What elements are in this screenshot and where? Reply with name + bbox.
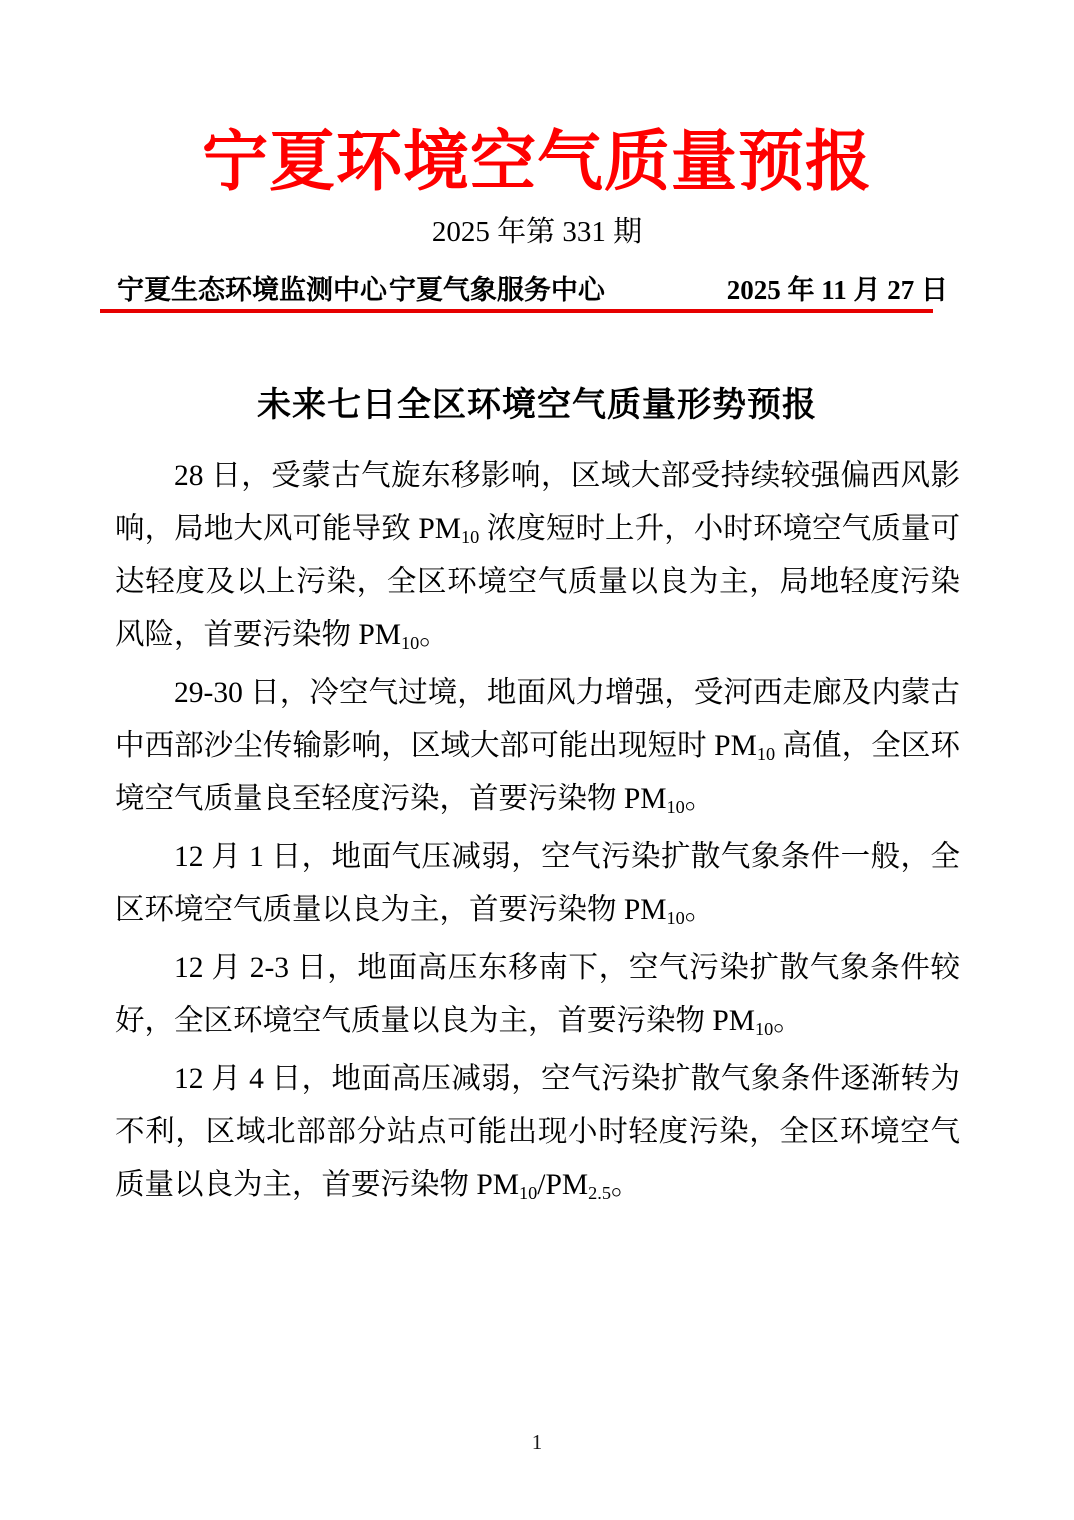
issue-date: 2025 年 11 月 27 日 <box>727 275 948 306</box>
section-heading: 未来七日全区环境空气质量形势预报 <box>0 385 1074 426</box>
forecast-paragraph: 29-30 日，冷空气过境，地面风力增强，受河西走廊及内蒙古中西部沙尘传输影响，… <box>115 667 960 826</box>
document-page: 宁夏环境空气质量预报 2025 年第 331 期 宁夏生态环境监测中心 宁夏气象… <box>0 0 1074 1520</box>
forecast-paragraph: 12 月 2-3 日，地面高压东移南下，空气污染扩散气象条件较好，全区环境空气质… <box>115 942 960 1048</box>
issue-number: 2025 年第 331 期 <box>0 215 1074 250</box>
masthead-divider <box>100 309 933 313</box>
masthead-row: 宁夏生态环境监测中心 宁夏气象服务中心 2025 年 11 月 27 日 <box>117 275 948 306</box>
page-number: 1 <box>0 1430 1074 1455</box>
forecast-paragraph: 12 月 1 日，地面气压减弱，空气污染扩散气象条件一般，全区环境空气质量以良为… <box>115 831 960 937</box>
forecast-paragraphs: 28 日，受蒙古气旋东移影响，区域大部受持续较强偏西风影响，局地大风可能导致 P… <box>115 450 960 1212</box>
document-title: 宁夏环境空气质量预报 <box>0 0 1074 205</box>
forecast-paragraph: 12 月 4 日，地面高压减弱，空气污染扩散气象条件逐渐转为不利，区域北部部分站… <box>115 1053 960 1212</box>
org-monitoring-center: 宁夏生态环境监测中心 <box>117 275 387 306</box>
forecast-paragraph: 28 日，受蒙古气旋东移影响，区域大部受持续较强偏西风影响，局地大风可能导致 P… <box>115 450 960 662</box>
org-meteorological-center: 宁夏气象服务中心 <box>389 275 605 306</box>
